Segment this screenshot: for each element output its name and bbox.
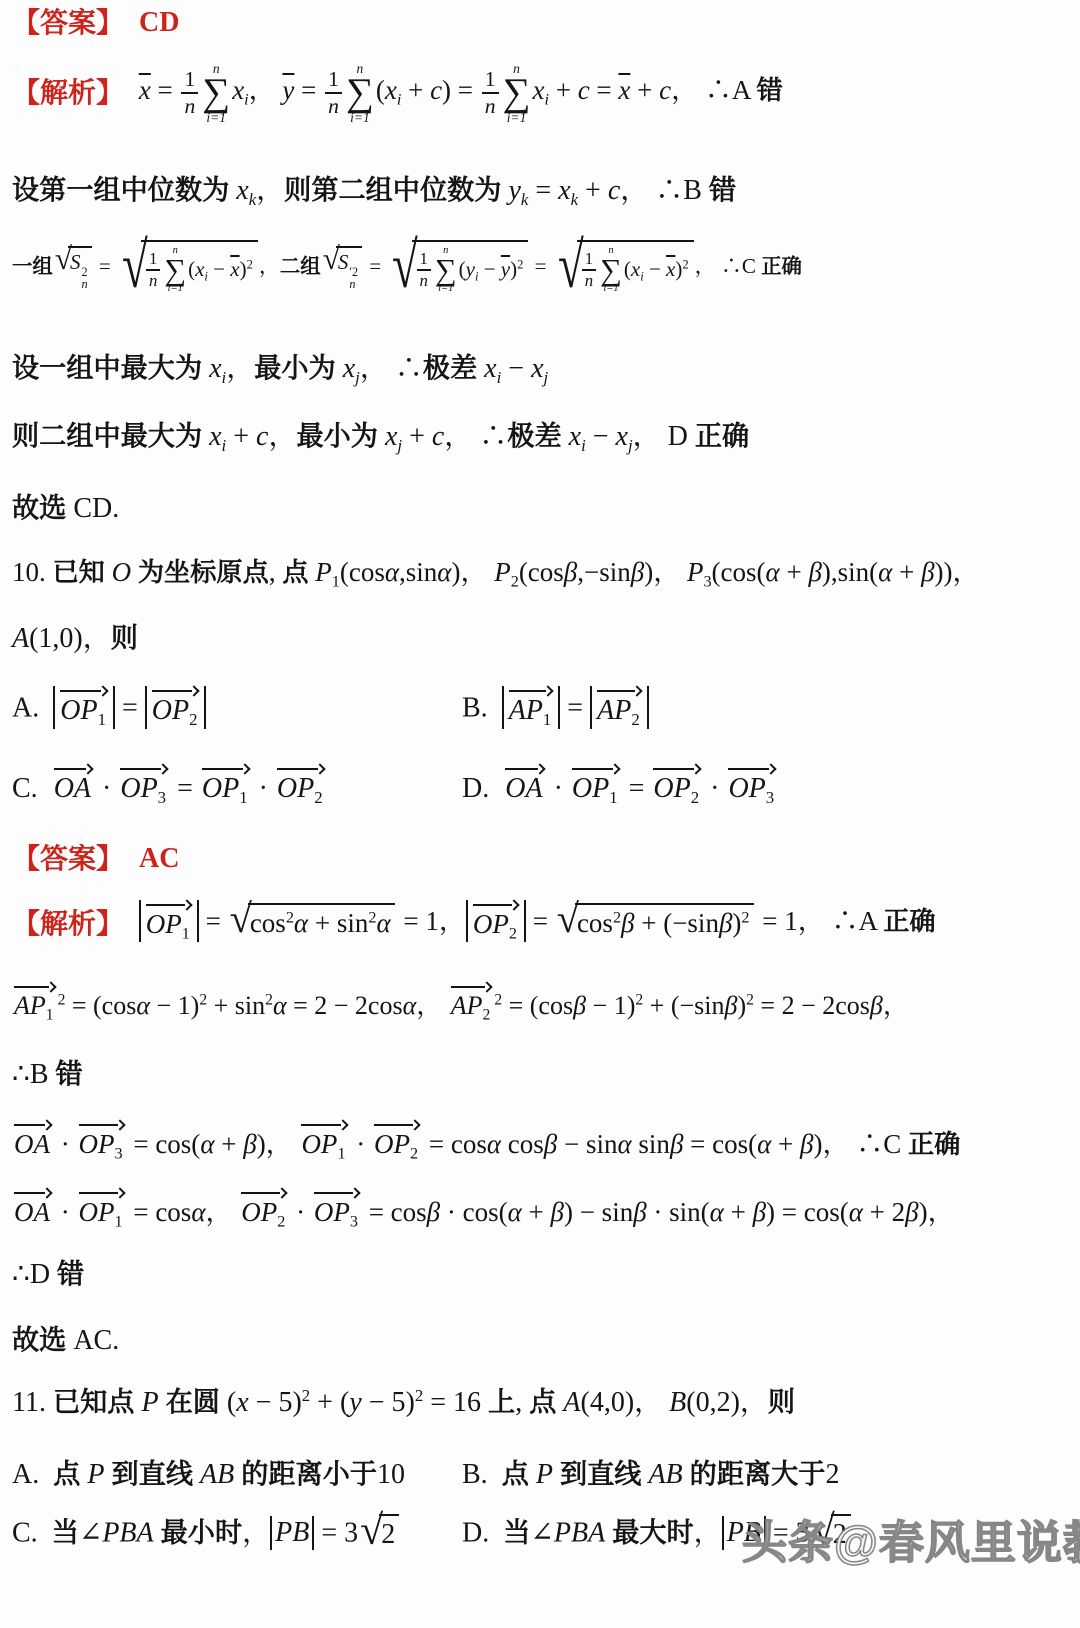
range1-formula: 设一组中最大为 xi，最小为 xj， ∴极差 xi − xj: [12, 353, 548, 384]
question11-text: 11. 已知点 P 在圆 (x − 5)2 + (y − 5)2 = 16 上,…: [12, 1387, 795, 1418]
q10-option-b: B. AP1 = AP2: [462, 684, 649, 736]
d-wrong-text: ∴D 错: [12, 1259, 84, 1290]
ap-square-formula: AP12 = (cosα − 1)2 + sin2α = 2 − 2cosα， …: [12, 991, 909, 1020]
range-line-1: 设一组中最大为 xi，最小为 xj， ∴极差 xi − xj: [12, 352, 548, 387]
analysis1-mean-line: 【解析】 x = 1nn∑i=1xi， y = 1nn∑i=1(xi + c) …: [12, 62, 783, 124]
analysis-label-2: 【解析】: [12, 908, 124, 939]
median-formula: 设第一组中位数为 xk，则第二组中位数为 yk = xk + c， ∴B 错: [12, 175, 736, 206]
op-magnitude-formula: OP1 = cos2α + sin2α = 1，OP2 = cos2β + (−…: [139, 906, 936, 936]
q11-option-a: A. 点 P 到直线 AB 的距离小于10: [12, 1458, 455, 1492]
question10-text2: A(1,0)，则: [12, 623, 138, 654]
c-correct-line: OA · OP3 = cos(α + β)， OP1 · OP2 = cosα …: [12, 1120, 960, 1162]
d-calc-formula: OA · OP1 = cosα， OP2 · OP3 = cosβ · cos(…: [12, 1197, 955, 1227]
stddev-line: 一组S2n = 1nn∑i=1(xi − x)2，二组S′2n = 1nn∑i=…: [12, 240, 802, 297]
stddev-formula: 一组S2n = 1nn∑i=1(xi − x)2，二组S′2n = 1nn∑i=…: [12, 254, 802, 278]
answer-value: CD: [139, 7, 179, 38]
answer-label: 【答案】: [12, 7, 124, 38]
q11-options-ab: A. 点 P 到直线 AB 的距离小于10 B. 点 P 到直线 AB 的距离大…: [12, 1456, 839, 1491]
answer-value-2: AC: [139, 843, 179, 874]
analysis-label: 【解析】: [12, 77, 124, 108]
d-calc-line: OA · OP1 = cosα， OP2 · OP3 = cosβ · cos(…: [12, 1188, 955, 1230]
q11-option-b: B. 点 P 到直线 AB 的距离大于2: [462, 1458, 839, 1492]
conclusion1-line: 故选 CD.: [12, 492, 119, 526]
math-solution-document: 【答案】 CD 【解析】 x = 1nn∑i=1xi， y = 1nn∑i=1(…: [0, 0, 1080, 1628]
q10-option-c: C. OA · OP3 = OP1 · OP2: [12, 764, 455, 807]
range2-formula: 则二组中最大为 xi + c，最小为 xj + c， ∴极差 xi − xj， …: [12, 421, 749, 452]
q10-option-d: D. OA · OP1 = OP2 · OP3: [462, 764, 778, 807]
question10-line2: A(1,0)，则: [12, 622, 138, 656]
b-wrong-line: ∴B 错: [12, 1058, 83, 1092]
q10-option-a: A. OP1 = OP2: [12, 684, 455, 736]
median-line: 设第一组中位数为 xk，则第二组中位数为 yk = xk + c， ∴B 错: [12, 174, 736, 209]
analysis2-line: 【解析】 OP1 = cos2α + sin2α = 1，OP2 = cos2β…: [12, 898, 936, 949]
range-line-2: 则二组中最大为 xi + c，最小为 xj + c， ∴极差 xi − xj， …: [12, 420, 749, 455]
c-correct-formula: OA · OP3 = cos(α + β)， OP1 · OP2 = cosα …: [12, 1129, 960, 1159]
q10-options-cd: C. OA · OP3 = OP1 · OP2 D. OA · OP1 = OP…: [12, 764, 778, 807]
q10-options-ab: A. OP1 = OP2 B. AP1 = AP2: [12, 684, 649, 736]
question11-line: 11. 已知点 P 在圆 (x − 5)2 + (y − 5)2 = 16 上,…: [12, 1386, 795, 1420]
conclusion2-line: 故选 AC.: [12, 1324, 119, 1358]
b-wrong-text: ∴B 错: [12, 1059, 83, 1090]
ap-square-line: AP12 = (cosα − 1)2 + sin2α = 2 − 2cosα， …: [12, 982, 909, 1023]
choose1-text: 故选 CD.: [12, 493, 119, 524]
answer2-line: 【答案】 AC: [12, 840, 179, 875]
answer-label-2: 【答案】: [12, 843, 124, 874]
mean-formula: x = 1nn∑i=1xi， y = 1nn∑i=1(xi + c) = 1nn…: [139, 75, 783, 105]
question10-line: 10. 已知 O 为坐标原点, 点 P1(cosα,sinα)， P2(cosβ…: [12, 556, 980, 590]
question10-text: 10. 已知 O 为坐标原点, 点 P1(cosα,sinα)， P2(cosβ…: [12, 557, 980, 587]
q11-options-cd: C. 当∠PBA 最小时，PB = 32 D. 当∠PBA 最大时，PB = 3…: [12, 1514, 853, 1557]
watermark: 头条@春风里说教育: [742, 1506, 1080, 1571]
answer1-line: 【答案】 CD: [12, 4, 179, 39]
d-wrong-line: ∴D 错: [12, 1258, 84, 1292]
choose2-text: 故选 AC.: [12, 1325, 119, 1356]
q11-option-c: C. 当∠PBA 最小时，PB = 32: [12, 1514, 455, 1557]
